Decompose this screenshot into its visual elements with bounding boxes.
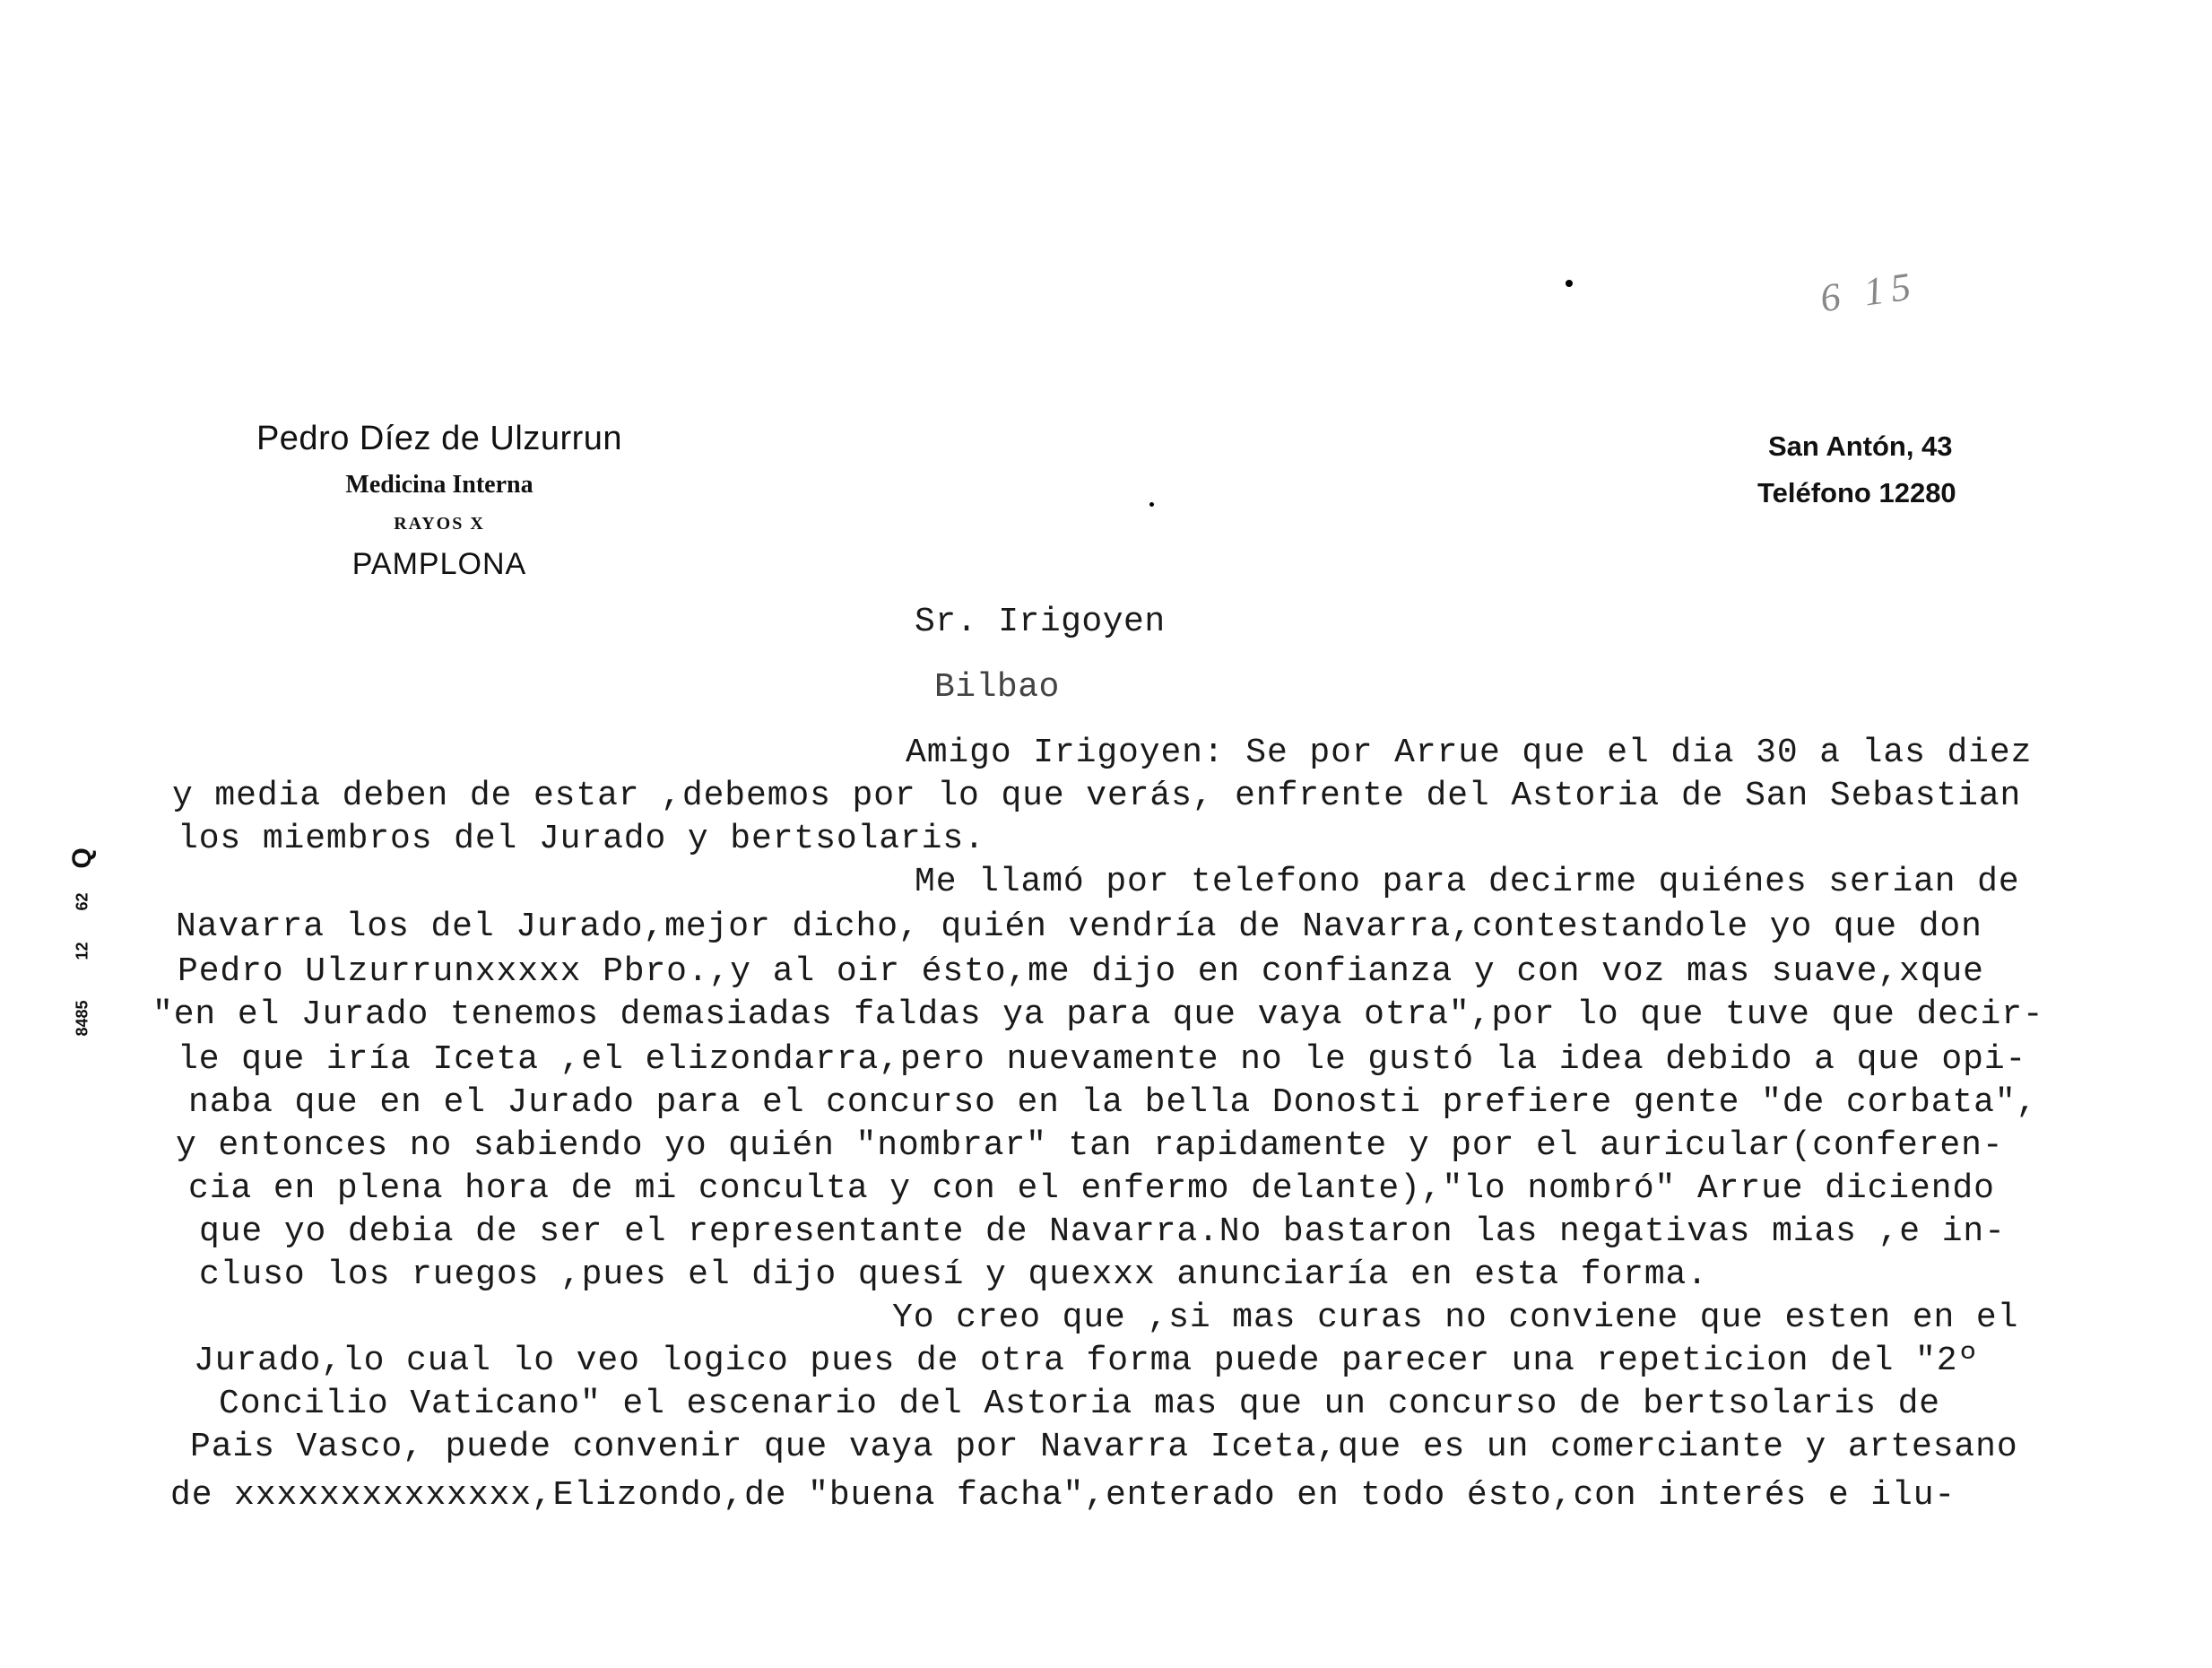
body-line: le que iría Iceta ,el elizondarra,pero n… bbox=[178, 1040, 2026, 1079]
doctor-name: Pedro Díez de Ulzurrun bbox=[206, 417, 672, 460]
body-line: Me llamó por telefono para decirme quién… bbox=[915, 863, 2020, 901]
stamp-number: 62 bbox=[74, 892, 92, 910]
stamp-number: 12 bbox=[74, 942, 92, 960]
speck bbox=[1566, 280, 1573, 287]
body-line: Concilio Vaticano" el escenario del Asto… bbox=[219, 1385, 1940, 1423]
body-line: los miembros del Jurado y bertsolaris. bbox=[178, 820, 985, 858]
handwritten-reference-mark: 6 15 bbox=[1817, 263, 1921, 322]
body-line: Navarra los del Jurado,mejor dicho, quié… bbox=[176, 908, 1982, 946]
letterhead-city: PAMPLONA bbox=[206, 547, 672, 582]
addressee-name: Sr. Irigoyen bbox=[915, 603, 1166, 641]
body-line: cia en plena hora de mi conculta y con e… bbox=[188, 1169, 1995, 1208]
body-line: y entonces no sabiendo yo quién "nombrar… bbox=[176, 1126, 2004, 1165]
stamp-mark: Q bbox=[67, 847, 98, 868]
addressee-city: Bilbao bbox=[934, 668, 1060, 707]
letterhead-phone: Teléfono 12280 bbox=[1757, 470, 1956, 517]
body-line: de xxxxxxxxxxxxxx,Elizondo,de "buena fac… bbox=[170, 1476, 1956, 1515]
body-line: Jurado,lo cual lo veo logico pues de otr… bbox=[194, 1342, 1979, 1380]
archive-stamp: Q 62 12 8485 bbox=[56, 843, 109, 1049]
speck bbox=[1149, 502, 1154, 507]
body-line: Yo creo que ,si mas curas no conviene qu… bbox=[892, 1299, 2018, 1337]
body-line: y media deben de estar ,debemos por lo q… bbox=[172, 777, 2021, 815]
stamp-number: 8485 bbox=[74, 1000, 92, 1036]
body-line: Pais Vasco, puede convenir que vaya por … bbox=[190, 1428, 2018, 1466]
body-line: que yo debia de ser el representante de … bbox=[199, 1212, 2006, 1251]
doctor-specialty: Medicina Interna bbox=[206, 469, 672, 501]
body-line: cluso los ruegos ,pues el dijo quesí y q… bbox=[199, 1255, 1708, 1294]
body-line: "en el Jurado tenemos demasiadas faldas … bbox=[152, 995, 2044, 1034]
body-line: naba que en el Jurado para el concurso e… bbox=[188, 1083, 2037, 1122]
letterhead-right: San Antón, 43 Teléfono 12280 bbox=[1757, 423, 1956, 517]
doctor-service: RAYOS X bbox=[206, 514, 672, 534]
letterhead-address: San Antón, 43 bbox=[1757, 423, 1956, 470]
body-line: Amigo Irigoyen: Se por Arrue que el dia … bbox=[906, 734, 2032, 772]
letterhead-left: Pedro Díez de Ulzurrun Medicina Interna … bbox=[206, 417, 672, 582]
body-line: Pedro Ulzurrunxxxxx Pbro.,y al oir ésto,… bbox=[178, 952, 1984, 991]
